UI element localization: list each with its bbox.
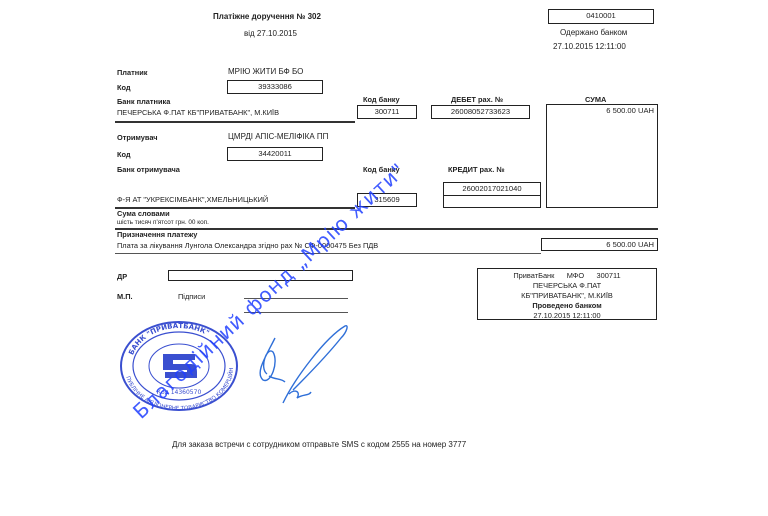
payer-bank-name: ПЕЧЕРСЬКА Ф.ПАТ КБ"ПРИВАТБАНК", М.КИЇВ	[117, 108, 279, 117]
purpose-amount-box: 6 500.00 UAH	[541, 238, 658, 251]
signature-icon	[245, 318, 355, 413]
received-label: Одержано банком	[560, 28, 627, 37]
amount-words-label: Сума словами	[117, 209, 170, 218]
amount-words: шість тисяч п'ятсот грн. 00 коп.	[117, 219, 209, 226]
stamp-bank: ПриватБанк	[513, 271, 554, 280]
amount-box: 6 500.00 UAH	[546, 104, 658, 208]
recipient-code-label: Код	[117, 150, 131, 159]
purpose-text: Плата за лікування Лунгола Олександра зг…	[117, 241, 378, 250]
stamp-branch-line2: КБ"ПРИВАТБАНК", М.КИЇВ	[478, 291, 656, 301]
form-code-box: 0410001	[548, 9, 654, 24]
bank-processed-stamp: ПриватБанк МФО 300711 ПЕЧЕРСЬКА Ф.ПАТ КБ…	[477, 268, 657, 320]
payer-bank-code-label: Код банку	[363, 95, 400, 104]
mp-label: М.П.	[117, 292, 133, 301]
signatures-label: Підписи	[178, 292, 205, 301]
payer-label: Платник	[117, 68, 147, 77]
document-title: Платіжне доручення № 302	[213, 12, 321, 21]
amount-label: СУМА	[585, 95, 606, 104]
payer-bank-label: Банк платника	[117, 97, 170, 106]
credit-account-box-2	[443, 195, 541, 208]
stamp-branch-line1: ПЕЧЕРСЬКА Ф.ПАТ	[478, 281, 656, 291]
recipient-bank-label: Банк отримувача	[117, 165, 180, 174]
purpose-label: Призначення платежу	[117, 230, 197, 239]
recipient-code-box: 34420011	[227, 147, 323, 161]
payer-name: МРІЮ ЖИТИ БФ БО	[228, 67, 303, 76]
stamp-mfo-label: МФО	[567, 271, 584, 280]
credit-account-box: 26002017021040	[443, 182, 541, 196]
stamp-processed-label: Проведено банком	[478, 301, 656, 311]
payer-code-label: Код	[117, 83, 131, 92]
debit-label: ДЕБЕТ рах. №	[451, 95, 503, 104]
dr-label: ДР	[117, 272, 127, 281]
payer-code-box: 39333086	[227, 80, 323, 94]
recipient-label: Отримувач	[117, 133, 158, 142]
credit-label: КРЕДИТ рах. №	[448, 165, 505, 174]
payer-bank-underline	[115, 121, 355, 123]
payer-bank-code-box: 300711	[357, 105, 417, 119]
recipient-bank-name: Ф-Я АТ "УКРЕКСІМБАНК",ХМЕЛЬНИЦЬКИЙ	[117, 195, 268, 204]
footer-sms-note: Для заказа встречи с сотрудником отправь…	[172, 440, 466, 449]
debit-account-box: 26008052733623	[431, 105, 530, 119]
recipient-name: ЦМРДІ АПІС-МЕЛІФІКА ПП	[228, 132, 328, 141]
stamp-processed-datetime: 27.10.2015 12:11:00	[478, 311, 656, 321]
document-date: від 27.10.2015	[244, 29, 297, 38]
dr-box	[168, 270, 353, 281]
purpose-underline	[115, 253, 541, 254]
received-datetime: 27.10.2015 12:11:00	[553, 42, 626, 51]
stamp-mfo: 300711	[597, 271, 621, 280]
